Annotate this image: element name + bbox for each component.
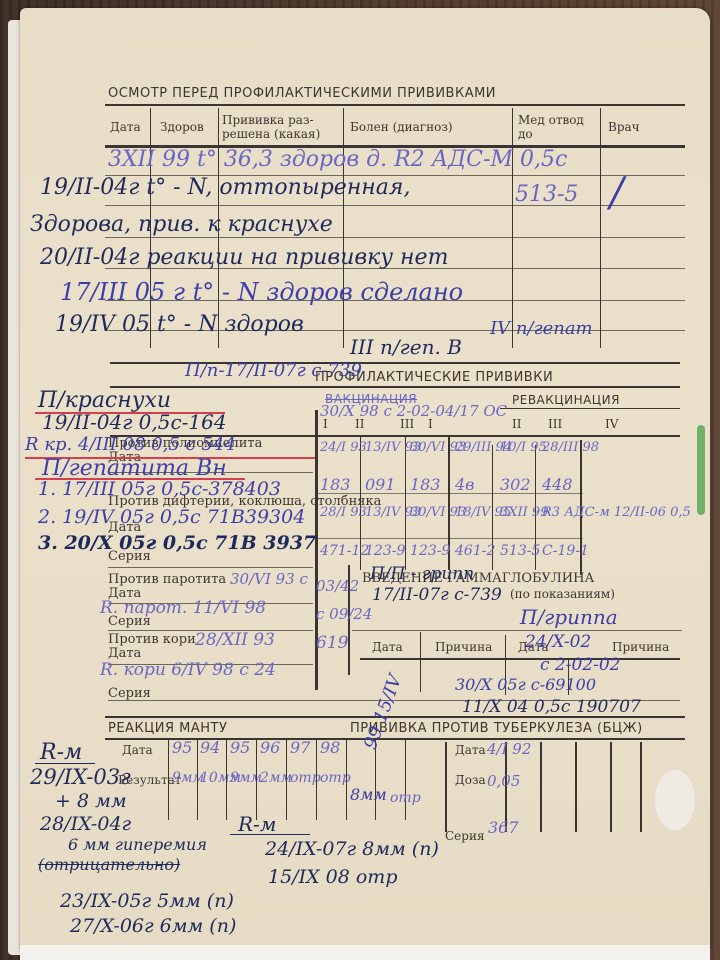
- grid-cell: 24/I 93: [320, 440, 367, 455]
- gg-col-reason: Причина: [612, 640, 669, 654]
- handwritten-entry: П/п-17/II-07г с-739: [185, 360, 362, 381]
- divider: [640, 742, 642, 832]
- handwritten-entry: 17/III 05 г t° - N здоров сделано: [60, 278, 463, 306]
- bcg-row-series: Серия: [445, 829, 485, 843]
- rule: [105, 104, 685, 106]
- grid-cell: 461-2: [455, 543, 495, 559]
- row-line: [105, 237, 685, 238]
- paper-tear: [655, 770, 695, 830]
- handwritten-entry: 3. 20/X 05г 0,5с 71В 3937: [38, 532, 316, 554]
- green-tab: [697, 425, 705, 515]
- handwritten-entry: 03/42: [316, 577, 359, 595]
- gammaglobulin-subtitle: (по показаниям): [510, 587, 615, 601]
- handwritten-entry: 513-5: [515, 182, 578, 207]
- grid-cell: 123-9: [410, 543, 450, 559]
- grid-cell: С-19-1: [542, 543, 589, 559]
- col-doctor: Врач: [608, 120, 640, 134]
- mantoux-year: 96: [260, 738, 280, 757]
- handwritten-entry: 8мм: [350, 785, 387, 804]
- grid-cell: 123-9: [365, 543, 405, 559]
- handwritten-entry: 3XII 99 t° 36,3 здоров д. R2 АДС-М 0,5с: [108, 147, 567, 172]
- grid-cell: 513-5: [500, 543, 540, 559]
- handwritten-entry: + 8 мм: [55, 790, 127, 812]
- handwritten-entry: R кр. 4/III 08 0,5 с 544: [25, 434, 236, 455]
- divider: [168, 740, 169, 820]
- gg-col-date: Дата: [372, 640, 403, 654]
- handwritten-entry: отр: [390, 790, 421, 806]
- mantoux-year: 97: [290, 738, 310, 757]
- handwritten-entry: 30/VI 93 с: [230, 570, 308, 588]
- handwritten-entry: 1. 17/III 05г 0,5с-378403: [38, 478, 281, 500]
- handwritten-entry: П/П - грипп: [370, 564, 474, 584]
- divider: [226, 740, 227, 820]
- divider: [600, 108, 601, 348]
- row-line: [108, 567, 313, 568]
- handwritten-entry: IV п/гепат: [490, 318, 593, 339]
- row-line: [352, 630, 682, 631]
- mantoux-result: 9мм: [230, 770, 262, 786]
- grid-cell: 091: [365, 475, 396, 494]
- grid-cell: 448: [542, 475, 573, 494]
- grid-cell: R3 АДС-м 12/II-06 0,5: [542, 505, 691, 520]
- handwritten-entry: 19/IV 05 t° - N здоров: [55, 312, 304, 337]
- handwritten-entry: 20/II-04г реакции на прививку нет: [40, 245, 448, 270]
- handwritten-entry: R. кори 6/IV 98 с 24: [100, 660, 276, 680]
- handwritten-entry: 29/IX-03г: [30, 765, 131, 789]
- handwritten-entry: R-м: [238, 812, 276, 836]
- handwritten-entry: 23/IX-05г 5мм (п): [60, 890, 234, 912]
- grid-cell: 302: [500, 475, 531, 494]
- handwritten-entry: 2. 19/IV 05г 0,5с 71В39304: [38, 506, 305, 528]
- col-vaccine-allowed: Прививка раз- решена (какая): [222, 113, 320, 141]
- divider: [316, 740, 317, 820]
- grid-cell: 28/III 98: [542, 440, 599, 455]
- paper-edge: [20, 945, 710, 960]
- revac-col-4: IV: [605, 417, 618, 431]
- divider: [286, 740, 287, 820]
- handwritten-entry: 27/X-06г 6мм (п): [70, 915, 236, 937]
- row-label-series: Серия: [108, 686, 151, 701]
- divider: [343, 108, 344, 348]
- col-medical-exemption: Мед отвод до: [518, 113, 584, 141]
- divider: [375, 740, 376, 820]
- handwritten-entry: 17/II-07г с-739: [372, 585, 502, 605]
- bcg-row-dose: Доза: [455, 773, 486, 787]
- handwritten-entry: 11/X 04 0,5с 190707: [462, 697, 641, 717]
- handwritten-entry: 15/IX 08 отр: [268, 866, 397, 888]
- revac-col-3: III: [548, 417, 562, 431]
- bcg-series: 367: [488, 818, 519, 837]
- underline: [230, 834, 310, 835]
- bcg-dose: 0,05: [487, 772, 520, 790]
- handwritten-entry: III п/геп. В: [350, 335, 462, 359]
- divider: [610, 742, 612, 832]
- rule: [500, 408, 680, 409]
- grid-cell: 183: [410, 475, 441, 494]
- divider: [540, 742, 542, 832]
- grid-cell: 10/I 95: [500, 440, 547, 455]
- mantoux-year: 95: [230, 738, 250, 757]
- handwritten-entry: П/гриппа: [520, 605, 618, 629]
- rule: [105, 716, 685, 718]
- rule: [110, 386, 680, 388]
- mantoux-row-date: Дата: [122, 743, 153, 757]
- grid-cell: 4в: [455, 475, 475, 494]
- handwritten-entry: (отрицательно): [38, 855, 180, 874]
- mantoux-year: 98: [320, 738, 340, 757]
- handwritten-entry: 6 мм гиперемия: [68, 835, 207, 854]
- mantoux-title: РЕАКЦИЯ МАНТУ: [108, 721, 227, 736]
- doctor-signature: /: [610, 170, 623, 216]
- divider: [420, 632, 421, 692]
- handwritten-entry: 30/X 05г с-69100: [455, 675, 596, 694]
- bcg-title: ПРИВИВКА ПРОТИВ ТУБЕРКУЛЕЗА (БЦЖ): [350, 721, 643, 736]
- revac-col-2: II: [512, 417, 521, 431]
- row-line: [318, 538, 583, 539]
- col-healthy: Здоров: [160, 120, 204, 134]
- row-line: [105, 205, 685, 206]
- exam-section-title: ОСМОТР ПЕРЕД ПРОФИЛАКТИЧЕСКИМИ ПРИВИВКАМ…: [108, 86, 496, 101]
- handwritten-entry: 19/II-04г t° - N, оттопыренная,: [40, 175, 410, 200]
- divider: [575, 742, 577, 832]
- revaccination-label: РЕВАКЦИНАЦИЯ: [512, 393, 620, 407]
- handwritten-entry: 24/X-02: [525, 632, 591, 652]
- bcg-row-date: Дата: [455, 743, 486, 757]
- grid-cell: 183: [320, 475, 351, 494]
- mantoux-year: 94: [200, 738, 220, 757]
- handwritten-entry: Здорова, прив. к краснухе: [30, 212, 333, 237]
- divider: [405, 740, 406, 820]
- col-date: Дата: [110, 120, 141, 134]
- divider: [346, 740, 347, 820]
- mantoux-year: 95: [172, 738, 192, 757]
- row-label-measles: Против кори: [108, 632, 196, 647]
- bcg-date: 4/I 92: [487, 740, 531, 758]
- handwritten-entry: 24/IX-07г 8мм (п): [265, 838, 439, 860]
- handwritten-entry: 19/II-04г 0,5с-164: [42, 410, 227, 434]
- mantoux-result: 2мм: [260, 770, 292, 786]
- handwritten-entry: R-м: [40, 740, 82, 765]
- handwritten-entry: с 09/24: [316, 605, 372, 623]
- handwritten-entry: 619: [316, 633, 348, 653]
- grid-cell: 471-12: [320, 543, 369, 559]
- row-label-date: Дата: [108, 646, 141, 661]
- handwritten-entry: с 2-02-02: [540, 655, 621, 675]
- rule: [360, 658, 680, 660]
- grid-cell: 28/I 93: [320, 505, 367, 520]
- col-sick-diagnosis: Болен (диагноз): [350, 120, 453, 134]
- divider: [256, 740, 257, 820]
- handwritten-entry: 30/X 98 с 2-02-04/17 ОС: [320, 402, 507, 420]
- divider: [512, 108, 513, 348]
- divider: [445, 742, 447, 832]
- gg-col-reason: Причина: [435, 640, 492, 654]
- handwritten-entry: 28/IX-04г: [40, 813, 131, 835]
- divider: [197, 740, 198, 820]
- handwritten-entry: 28/XII 93: [195, 630, 275, 650]
- underline: [35, 763, 95, 764]
- handwritten-entry: R. парот. 11/VI 98: [100, 598, 266, 618]
- row-label-mumps: Против паротита: [108, 572, 226, 587]
